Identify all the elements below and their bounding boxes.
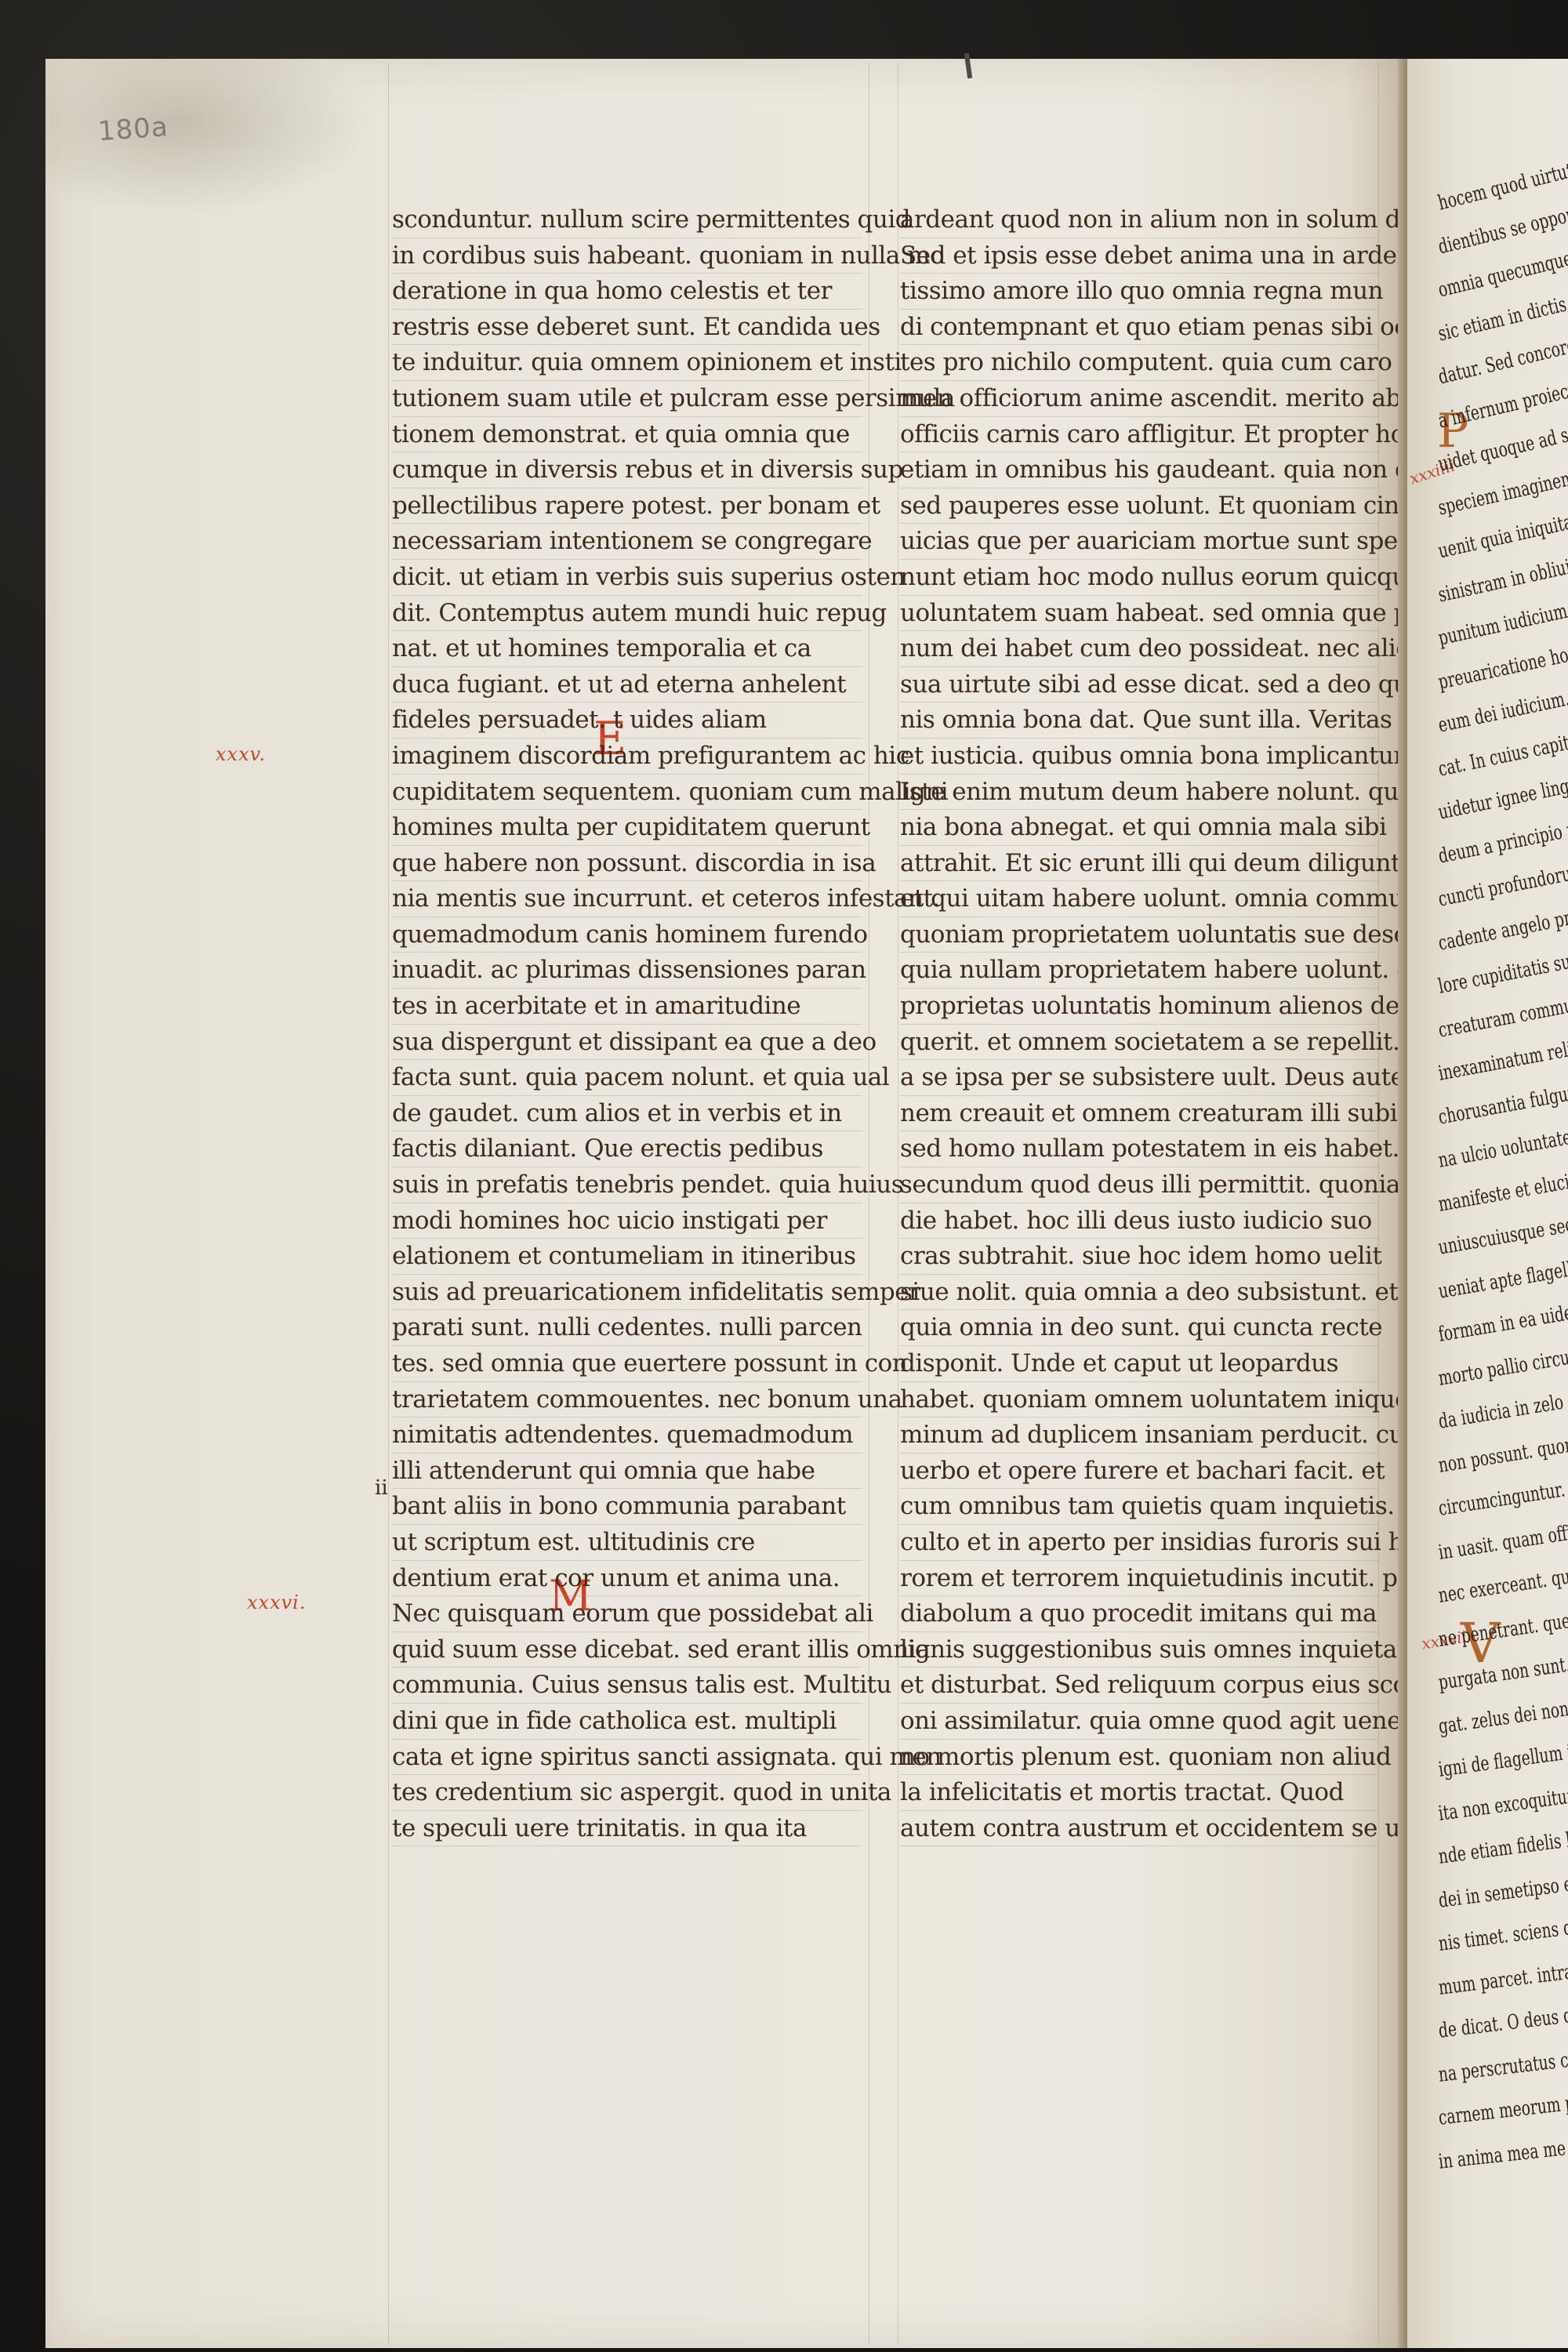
text-line: et iusticia. quibus omnia bona implicant… — [900, 739, 1378, 775]
facing-text-line: hocem quod uirtutibus in an — [1436, 141, 1568, 215]
text-line: sconduntur. nullum scire permittentes qu… — [392, 202, 862, 238]
text-line: homines multa per cupiditatem querunt — [392, 810, 862, 846]
text-line: et qui uitam habere uolunt. omnia commun… — [900, 881, 1378, 917]
facing-text-line: dei in semetipso expertus e — [1437, 1864, 1568, 1913]
text-line: te speculi uere trinitatis. in qua ita — [392, 1811, 862, 1847]
text-line: deratione in qua homo celestis et ter — [392, 274, 862, 310]
text-line: dit. Contemptus autem mundi huic repug — [392, 596, 862, 632]
text-line: cata et igne spiritus sancti assignata. … — [392, 1740, 862, 1776]
text-line: proprietas uoluntatis hominum alienos de… — [900, 989, 1378, 1025]
facing-text-line: ueniat apte flagellat. — [1436, 1254, 1568, 1304]
text-line: rorem et terrorem inquietudinis incutit.… — [900, 1561, 1378, 1597]
facing-text-line: manifeste et elucide de — [1436, 1163, 1568, 1216]
text-line: necessariam intentionem se congregare — [392, 524, 862, 560]
text-line: inuadit. ac plurimas dissensiones paran — [392, 953, 862, 989]
text-line: pellectilibus rapere potest. per bonam e… — [392, 488, 862, 524]
text-line: tes. sed omnia que euertere possunt in c… — [392, 1346, 862, 1382]
text-line: cupiditatem sequentem. quoniam cum malig… — [392, 775, 862, 811]
text-line: trarietatem commouentes. nec bonum una — [392, 1382, 862, 1418]
margin-note: ii — [375, 1476, 388, 1500]
facing-text-line: igni de flagellum ipsius est. q — [1437, 1730, 1568, 1782]
text-line: nunt etiam hoc modo nullus eorum quicqua… — [900, 560, 1378, 596]
text-line: te induitur. quia omnem opinionem et ins… — [392, 345, 862, 381]
text-line: Nec quisquam eorum que possidebat ali — [392, 1596, 862, 1632]
text-line: die habet. hoc illi deus iusto iudicio s… — [900, 1203, 1378, 1240]
text-line: nimitatis adtendentes. quemadmodum — [392, 1417, 862, 1454]
facing-text-line: de dicat. O deus qui omn — [1437, 1998, 1568, 2042]
text-line: elationem et contumeliam in itineribus — [392, 1239, 862, 1275]
text-line: cumque in diversis rebus et in diversis … — [392, 452, 862, 488]
text-line: sed homo nullam potestatem in eis habet.… — [900, 1131, 1378, 1167]
facing-text-line: na perscrutatus cum pecco. in — [1437, 2038, 1568, 2086]
page-stain — [45, 59, 375, 216]
text-line: num dei habet cum deo possideat. nec ali… — [900, 631, 1378, 667]
text-line: de gaudet. cum alios et in verbis et in — [392, 1096, 862, 1132]
text-line: minum ad duplicem insaniam perducit. cum… — [900, 1417, 1378, 1454]
facing-text-line: ita non excoquitur idem zelu — [1437, 1774, 1568, 1825]
text-line: disponit. Unde et caput ut leopardus — [900, 1346, 1378, 1382]
text-line: cum omnibus tam quietis quam inquietis. … — [900, 1489, 1378, 1525]
rubric-chapter-36: xxxvi. — [247, 1592, 306, 1613]
text-line: tissimo amore illo quo omnia regna mun — [900, 274, 1378, 310]
text-line: tionem demonstrat. et quia omnia que — [392, 417, 862, 453]
text-line: quid suum esse dicebat. sed erant illis … — [392, 1632, 862, 1668]
text-line: factis dilaniant. Que erectis pedibus — [392, 1131, 862, 1167]
text-line: facta sunt. quia pacem nolunt. et quia u… — [392, 1060, 862, 1096]
text-line: dentium erat cor unum et anima una. — [392, 1561, 862, 1597]
text-line: Sed et ipsis esse debet anima una in ard… — [900, 238, 1378, 274]
text-line: suis in prefatis tenebris pendet. quia h… — [392, 1167, 862, 1203]
text-line: tes credentium sic aspergit. quod in uni… — [392, 1775, 862, 1811]
text-line: dicit. ut etiam in verbis suis superius … — [392, 560, 862, 596]
text-line: quia omnia in deo sunt. qui cuncta recte — [900, 1310, 1378, 1346]
text-line: dini que in fide catholica est. multipli — [392, 1704, 862, 1740]
text-line: sua uirtute sibi ad esse dicat. sed a de… — [900, 667, 1378, 703]
facing-text-line: in anima mea me — [1437, 2136, 1566, 2173]
facing-text-line: nde etiam fidelis homo — [1437, 1824, 1568, 1869]
text-line: imaginem discordiam prefigurantem ac hic — [392, 739, 862, 775]
text-line: in cordibus suis habeant. quoniam in nul… — [392, 238, 862, 274]
text-line: ardeant quod non in alium non in solum d… — [900, 202, 1378, 238]
text-line: uicias que per auariciam mortue sunt spe… — [900, 524, 1378, 560]
text-line: a se ipsa per se subsistere uult. Deus a… — [900, 1060, 1378, 1096]
text-line: suis ad preuaricationem infidelitatis se… — [392, 1275, 862, 1311]
text-line: men officiorum anime ascendit. merito ab — [900, 381, 1378, 417]
text-line: bant aliis in bono communia parabant — [392, 1489, 862, 1525]
text-column-right: ardeant quod non in alium non in solum d… — [900, 202, 1378, 1846]
facing-text-line: nis timet. sciens quod non d — [1437, 1907, 1568, 1955]
text-line: querit. et omnem societatem a se repelli… — [900, 1025, 1378, 1061]
facing-text-line: nec exerceant. quia om — [1437, 1559, 1568, 1608]
facing-text-line: da iudicia in zelo dei fi — [1437, 1384, 1568, 1434]
text-column-left: sconduntur. nullum scire permittentes qu… — [392, 202, 862, 1846]
text-line: ut scriptum est. ultitudinis cre — [392, 1525, 862, 1561]
text-line: nem creauit et omnem creaturam illi subi… — [900, 1096, 1378, 1132]
text-line: culto et in aperto per insidias furoris … — [900, 1525, 1378, 1561]
text-line: uerbo et opere furere et bachari facit. … — [900, 1454, 1378, 1490]
text-line: diabolum a quo procedit imitans qui ma — [900, 1596, 1378, 1632]
text-line: etiam in omnibus his gaudeant. quia non … — [900, 452, 1378, 488]
facing-text-line: purgata non sunt. Nam qd — [1437, 1644, 1568, 1695]
text-line: restris esse deberet sunt. Et candida ue… — [392, 310, 862, 346]
rubric-chapter-35: xxxv. — [216, 743, 266, 765]
text-line: lignis suggestionibus suis omnes inquiet… — [900, 1632, 1378, 1668]
text-line: autem contra austrum et occidentem se ue… — [900, 1811, 1378, 1847]
text-line: habet. quoniam omnem uoluntatem iniquoru… — [900, 1382, 1378, 1418]
text-line: que habere non possunt. discordia in isa — [392, 846, 862, 882]
text-line: attrahit. Et sic erunt illi qui deum dil… — [900, 846, 1378, 882]
ruling-line-left — [388, 63, 389, 2344]
text-line: sed pauperes esse uolunt. Et quoniam cin… — [900, 488, 1378, 524]
text-line: nis omnia bona dat. Que sunt illa. Verit… — [900, 702, 1378, 739]
text-line: di contempnant et quo etiam penas sibi o… — [900, 310, 1378, 346]
text-line: communia. Cuius sensus talis est. Multit… — [392, 1668, 862, 1704]
text-line: nia mentis sue incurrunt. et ceteros inf… — [392, 881, 862, 917]
text-line: duca fugiant. et ut ad eterna anhelent — [392, 667, 862, 703]
facing-text-line: in uasit. quam officia — [1437, 1518, 1568, 1564]
text-line: et disturbat. Sed reliquum corpus eius s… — [900, 1668, 1378, 1704]
text-line: illi attenderunt qui omnia que habe — [392, 1454, 862, 1490]
text-line: no mortis plenum est. quoniam non aliud … — [900, 1740, 1378, 1776]
facing-text-line: morto pallio circumda — [1437, 1341, 1568, 1391]
text-line: siue nolit. quia omnia a deo subsistunt.… — [900, 1275, 1378, 1311]
facing-text-line: carnem meorum paueo. et — [1437, 2085, 1568, 2129]
facing-text-line: mum parcet. intra se — [1437, 1958, 1568, 2000]
facing-text-line: ne penetrant. que per penu — [1437, 1599, 1568, 1651]
text-line: nat. et ut homines temporalia et ca — [392, 631, 862, 667]
facing-text-line: chorusantia fulgura e — [1436, 1077, 1568, 1129]
folio-number: 180a — [97, 111, 169, 147]
text-line: quoniam proprietatem uoluntatis sue dese… — [900, 917, 1378, 953]
text-line: officiis carnis caro affligitur. Et prop… — [900, 417, 1378, 453]
text-line: quemadmodum canis hominem furendo — [392, 917, 862, 953]
text-line: Iste enim mutum deum habere nolunt. qui … — [900, 775, 1378, 811]
text-line: cras subtrahit. siue hoc idem homo uelit — [900, 1239, 1378, 1275]
text-line: secundum quod deus illi permittit. quoni… — [900, 1167, 1378, 1203]
facing-text-line: gat. zelus dei non examina — [1437, 1688, 1568, 1739]
text-line: tutionem suam utile et pulcram esse pers… — [392, 381, 862, 417]
text-line: parati sunt. nulli cedentes. nulli parce… — [392, 1310, 862, 1346]
facing-page: xxxiiii P xxxvii V hocem quod uirtutibus… — [1407, 59, 1568, 2348]
text-line: uoluntatem suam habeat. sed omnia que pe… — [900, 596, 1378, 632]
text-line: nia bona abnegat. et qui omnia mala sibi — [900, 810, 1378, 846]
text-line: fideles persuadet. t uides aliam — [392, 702, 862, 739]
facing-text-line: na ulcio uoluntate purg — [1436, 1119, 1568, 1173]
text-line: la infelicitatis et mortis tractat. Quod — [900, 1775, 1378, 1811]
text-line: modi homines hoc uicio instigati per — [392, 1203, 862, 1240]
text-line: oni assimilatur. quia omne quod agit uen… — [900, 1704, 1378, 1740]
text-line: sua dispergunt et dissipant ea que a deo — [392, 1025, 862, 1061]
text-line: tes pro nichilo computent. quia cum caro… — [900, 345, 1378, 381]
text-line: quia nullam proprietatem habere uolunt. … — [900, 953, 1378, 989]
text-line: tes in acerbitate et in amaritudine — [392, 989, 862, 1025]
